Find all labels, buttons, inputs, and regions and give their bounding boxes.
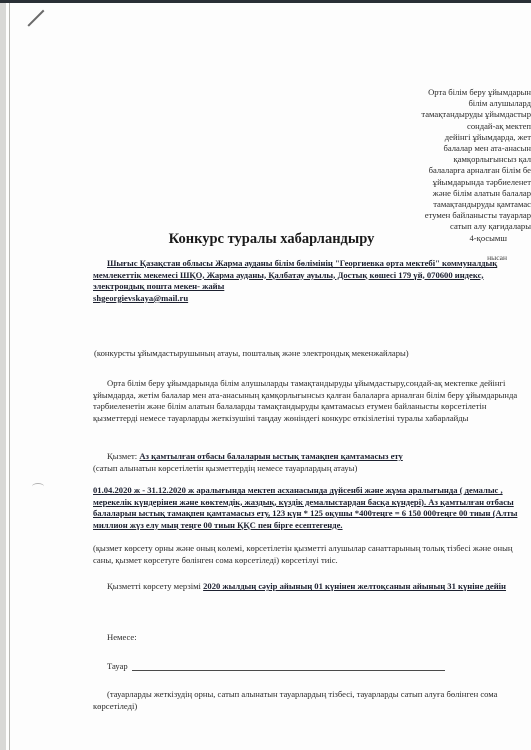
organizer-block: Шығыс Қазақстан облысы Жарма ауданы білі… — [93, 258, 513, 304]
service-value: Аз қамтылған отбасы балаларын ыстық тама… — [139, 451, 402, 461]
service-line: Қызмет: Аз қамтылған отбасы балаларын ыс… — [93, 451, 531, 463]
page-title: Конкурс туралы хабарландыру — [6, 231, 531, 248]
header-line: және білім алатын балалар — [381, 188, 531, 199]
deadline-line: Қызметті көрсету мерзімі 2020 жылдың сәу… — [93, 581, 523, 593]
header-line: Орта білім беру ұйымдарын — [381, 87, 531, 98]
scanned-document-page: Орта білім беру ұйымдарын білім алушылар… — [0, 3, 531, 750]
header-line: сондай-ақ мектеп — [381, 121, 531, 132]
organizer-name-address: Шығыс Қазақстан облысы Жарма ауданы білі… — [93, 258, 497, 291]
intro-paragraph: Орта білім беру ұйымдарында білім алушыл… — [93, 378, 523, 424]
header-line: балалар мен ата-анасын — [381, 143, 531, 154]
goods-caption: (тауарларды жеткізудің орны, сатып алына… — [93, 689, 523, 712]
header-line: тамақтандыруды қамтамас — [381, 199, 531, 210]
deadline-label: Қызметті көрсету мерзімі — [107, 581, 201, 591]
deadline-value: 2020 жылдың сәуір айының 01 күнінен желт… — [203, 581, 506, 591]
header-line: қамқорлығынсыз қал — [381, 154, 531, 165]
goods-label: Тауар — [107, 661, 128, 673]
page-edge-line — [9, 3, 10, 750]
header-line: ұйымдарында тәрбиеленет — [381, 177, 531, 188]
goods-blank-line — [132, 670, 445, 671]
pen-mark — [27, 10, 44, 27]
header-line: балаларға арналған білім бе — [381, 165, 531, 176]
appendix-header: Орта білім беру ұйымдарын білім алушылар… — [381, 87, 531, 244]
organizer-caption: (конкурсты ұйымдастырушының атауы, пошта… — [94, 348, 409, 360]
service-label: Қызмет: — [107, 451, 137, 461]
organizer-email: shgeorgievskaya@mail.ru — [93, 293, 188, 303]
service-caption: (сатып алынатын көрсетілетін қызметтерді… — [93, 463, 357, 475]
margin-mark — [32, 483, 44, 490]
period-description: 01.04.2020 ж - 31.12.2020 ж аралығында м… — [93, 485, 523, 531]
period-caption: (қызмет көрсету орны және оның көлемі, к… — [93, 543, 523, 566]
header-line: етумен байланысты тауарлар — [381, 210, 531, 221]
header-line: тамақтандыруды ұйымдастыр — [381, 109, 531, 120]
header-line: дейінгі ұйымдарда, жет — [381, 132, 531, 143]
header-line: білім алушылард — [381, 98, 531, 109]
or-label: Немесе: — [107, 632, 137, 644]
